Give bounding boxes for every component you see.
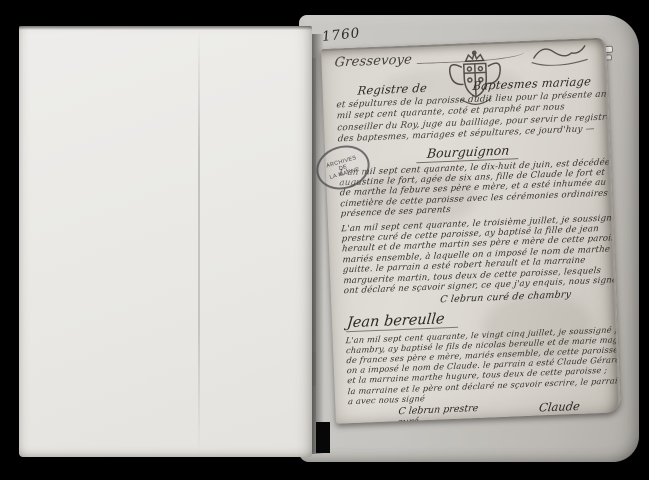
archival-scan: 1760 ARCHIVES DE LA MARNE Gressevoye [0,0,649,480]
binding-notch [316,422,330,453]
paraph-flourish-icon [530,40,595,67]
baptism-act-2: L'an mil sept cent quarante, le vingt ci… [345,324,608,406]
baptism-act-1: L'an mil sept cent quarante, le troisièm… [341,214,604,297]
register-title-lines: et sépultures de la paroisse dudit lieu … [336,90,598,146]
manuscript-content: Gressevoye [321,40,619,424]
burial-act: L'an mil sept cent quarante, le dix-huit… [339,158,601,220]
manuscript-page: Gressevoye [321,38,621,424]
cover-flourish-word: Gressevoye [334,52,413,70]
title-left: Registre de [357,81,428,98]
blank-left-page [19,26,312,457]
